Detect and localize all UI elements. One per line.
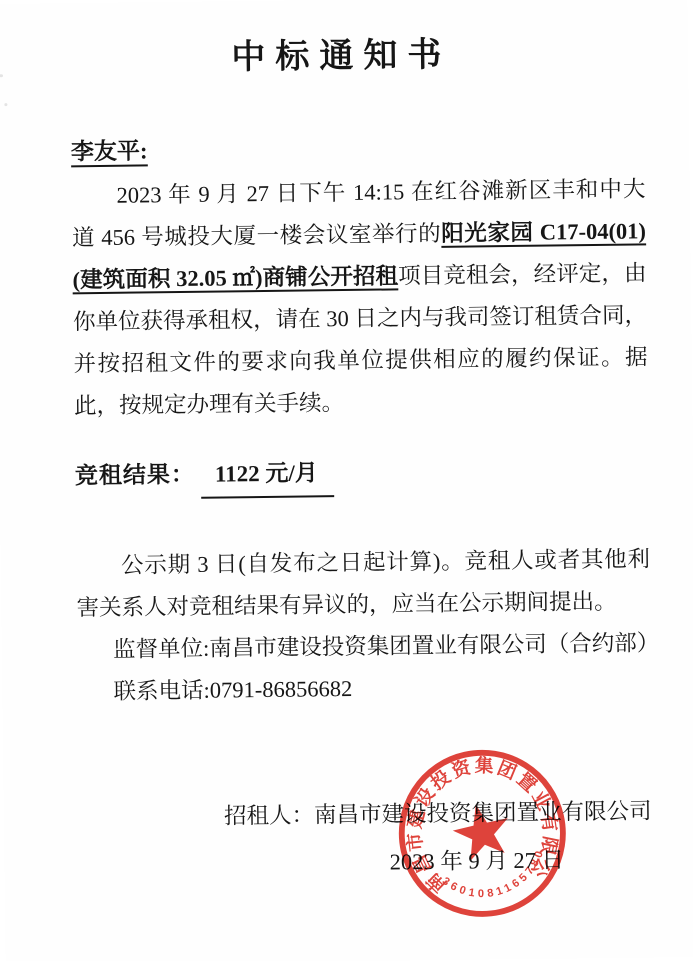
seal-star-icon [448, 798, 515, 863]
body-paragraph-main: 2023 年 9 月 27 日下午 14:15 在红谷滩新区丰和中大道 456 … [71, 168, 648, 427]
publicity-paragraph: 公示期 3 日(自发布之日起计算)。竞租人或者其他利害关系人对竞租结果有异议的，… [76, 538, 651, 629]
scan-artifact-speck [4, 103, 7, 106]
document-page: 中标通知书 李友平: 2023 年 9 月 27 日下午 14:15 在红谷滩新… [0, 0, 693, 961]
page-title: 中标通知书 [0, 24, 688, 81]
contact-phone-line: 联系电话:0791-86856682 [113, 668, 352, 713]
company-seal-stamp: 南昌市建设投资集团置业有限公司 3601081165780 [356, 707, 609, 960]
recipient-name: 李友平: [71, 132, 148, 166]
bid-result-value: 1122 元/月 [201, 452, 334, 499]
bid-result-label: 竞租结果： [75, 462, 195, 488]
bid-result-line: 竞租结果：1122 元/月 [75, 452, 334, 500]
supervisor-unit-line: 监督单位:南昌市建设投资集团置业有限公司（合约部） [113, 622, 660, 671]
